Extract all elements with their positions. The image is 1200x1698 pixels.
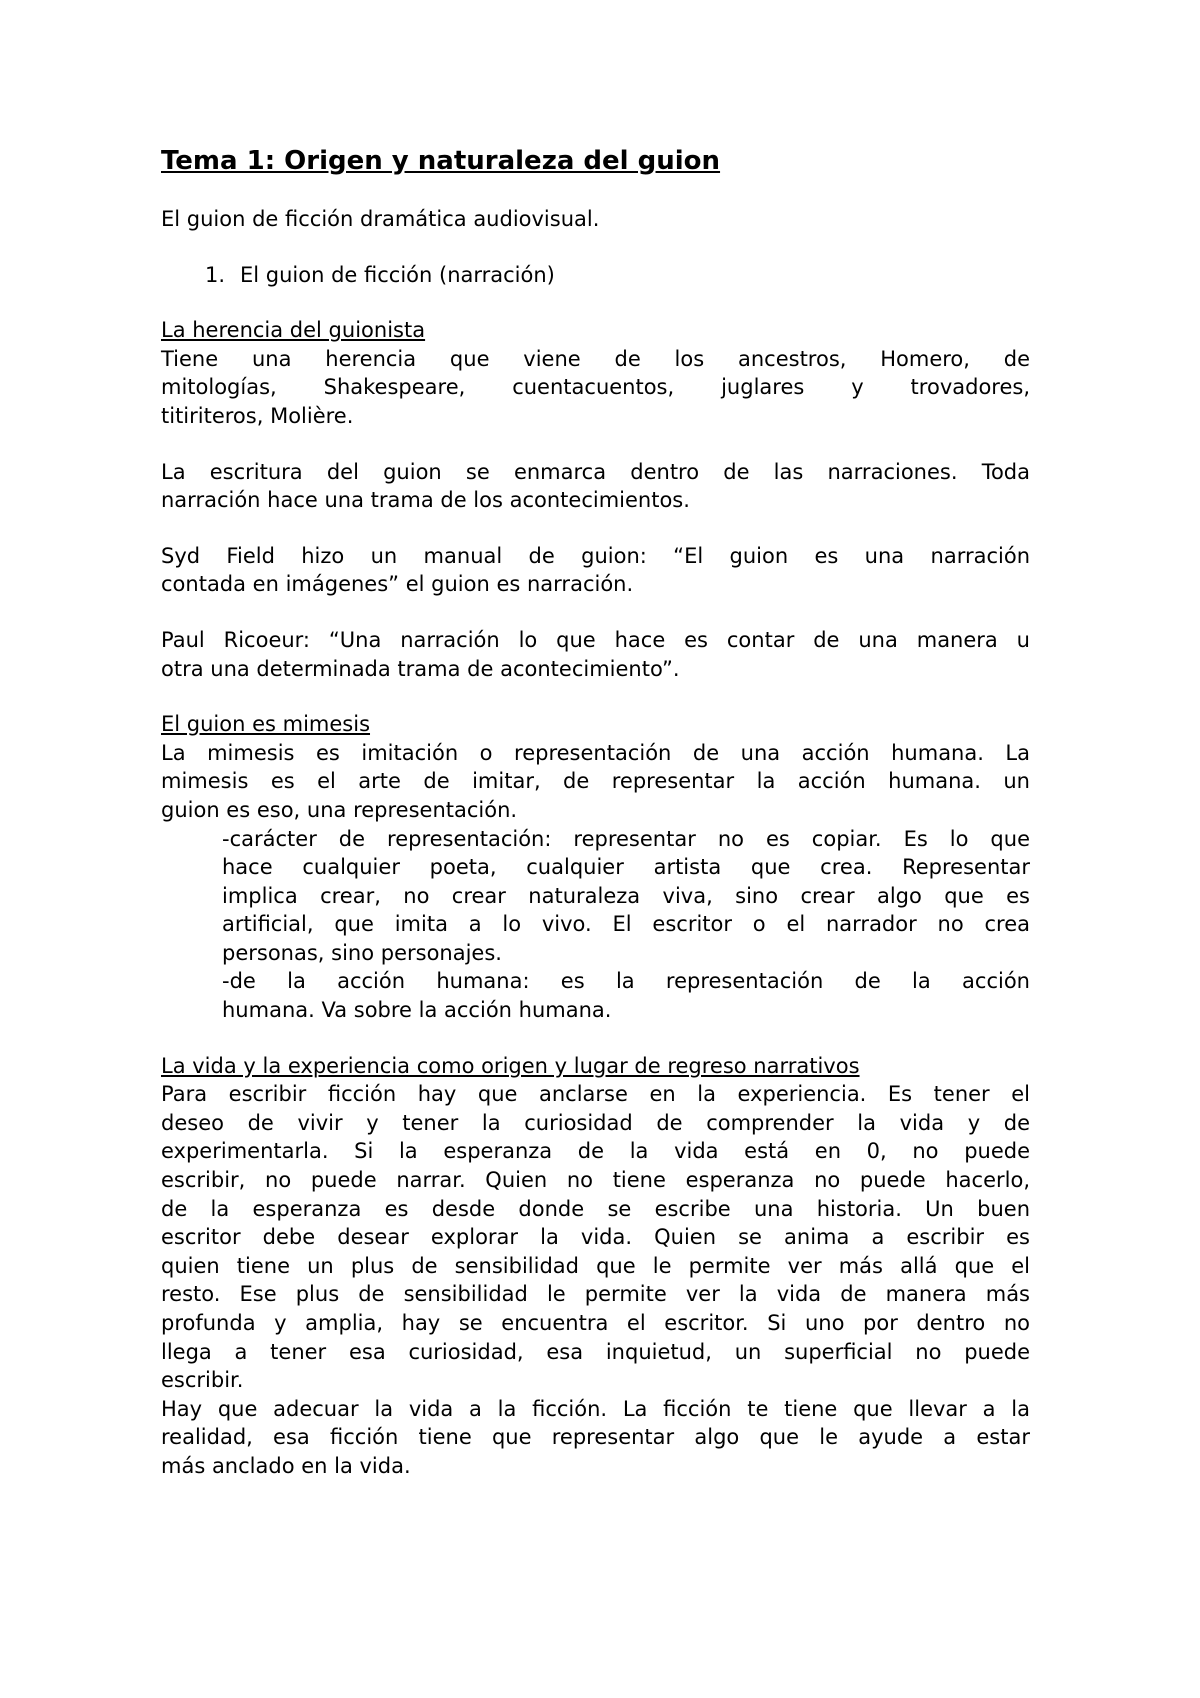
text-line: El guion de ficción dramática audiovisua… xyxy=(161,205,1030,234)
text-line: Syd Field hizo un manual de guion: “El g… xyxy=(161,542,1030,571)
text-line: titiriteros, Molière. xyxy=(161,402,1030,431)
paragraph: El guion de ficción dramática audiovisua… xyxy=(161,205,1030,234)
text-line: Para escribir ficción hay que anclarse e… xyxy=(161,1080,1030,1109)
text-line: humana. Va sobre la acción humana. xyxy=(222,996,1030,1025)
paragraph: Syd Field hizo un manual de guion: “El g… xyxy=(161,542,1030,599)
text-line: implica crear, no crear naturaleza viva,… xyxy=(222,882,1030,911)
text-line: resto. Ese plus de sensibilidad le permi… xyxy=(161,1280,1030,1309)
document-page: Tema 1: Origen y naturaleza del guionEl … xyxy=(0,0,1200,1698)
text-line: -de la acción humana: es la representaci… xyxy=(222,967,1030,996)
text-line: personas, sino personajes. xyxy=(222,939,1030,968)
text-line: quien tiene un plus de sensibilidad que … xyxy=(161,1252,1030,1281)
text-line: otra una determinada trama de acontecimi… xyxy=(161,655,1030,684)
text-line: -carácter de representación: representar… xyxy=(222,825,1030,854)
paragraph: Para escribir ficción hay que anclarse e… xyxy=(161,1080,1030,1395)
text-line: artificial, que imita a lo vivo. El escr… xyxy=(222,910,1030,939)
paragraph: La mimesis es imitación o representación… xyxy=(161,739,1030,825)
paragraph: La escritura del guion se enmarca dentro… xyxy=(161,458,1030,515)
text-line: profunda y amplia, hay se encuentra el e… xyxy=(161,1309,1030,1338)
text-line: Paul Ricoeur: “Una narración lo que hace… xyxy=(161,626,1030,655)
section-heading: El guion es mimesis xyxy=(161,710,1030,739)
text-line: escritor debe desear explorar la vida. Q… xyxy=(161,1223,1030,1252)
text-line: deseo de vivir y tener la curiosidad de … xyxy=(161,1109,1030,1138)
indented-paragraph: -de la acción humana: es la representaci… xyxy=(222,967,1030,1024)
text-line: contada en imágenes” el guion es narraci… xyxy=(161,570,1030,599)
numbered-list-item: 1.El guion de ficción (narración) xyxy=(161,261,1030,290)
paragraph: Paul Ricoeur: “Una narración lo que hace… xyxy=(161,626,1030,683)
text-line: experimentarla. Si la esperanza de la vi… xyxy=(161,1137,1030,1166)
text-line: guion es eso, una representación. xyxy=(161,796,1030,825)
text-line: La escritura del guion se enmarca dentro… xyxy=(161,458,1030,487)
section-heading: La herencia del guionista xyxy=(161,316,1030,345)
text-line: de la esperanza es desde donde se escrib… xyxy=(161,1195,1030,1224)
text-line: realidad, esa ficción tiene que represen… xyxy=(161,1423,1030,1452)
text-line: llega a tener esa curiosidad, esa inquie… xyxy=(161,1338,1030,1367)
text-line: Tiene una herencia que viene de los ance… xyxy=(161,345,1030,374)
text-line: escribir, no puede narrar. Quien no tien… xyxy=(161,1166,1030,1195)
text-line: más anclado en la vida. xyxy=(161,1452,1030,1481)
doc-title: Tema 1: Origen y naturaleza del guion xyxy=(161,144,1030,178)
paragraph: Tiene una herencia que viene de los ance… xyxy=(161,345,1030,431)
text-line: mimesis es el arte de imitar, de represe… xyxy=(161,767,1030,796)
section-heading: La vida y la experiencia como origen y l… xyxy=(161,1052,1030,1081)
list-item-text: El guion de ficción (narración) xyxy=(240,261,555,290)
text-line: mitologías, Shakespeare, cuentacuentos, … xyxy=(161,373,1030,402)
list-marker: 1. xyxy=(205,261,240,290)
text-line: narración hace una trama de los aconteci… xyxy=(161,486,1030,515)
section: La herencia del guionistaTiene una heren… xyxy=(161,316,1030,430)
section: La vida y la experiencia como origen y l… xyxy=(161,1052,1030,1481)
indented-paragraph: -carácter de representación: representar… xyxy=(222,825,1030,968)
text-line: Hay que adecuar la vida a la ficción. La… xyxy=(161,1395,1030,1424)
paragraph: Hay que adecuar la vida a la ficción. La… xyxy=(161,1395,1030,1481)
text-line: hace cualquier poeta, cualquier artista … xyxy=(222,853,1030,882)
text-line: La mimesis es imitación o representación… xyxy=(161,739,1030,768)
text-line: escribir. xyxy=(161,1366,1030,1395)
section: El guion es mimesisLa mimesis es imitaci… xyxy=(161,710,1030,1025)
